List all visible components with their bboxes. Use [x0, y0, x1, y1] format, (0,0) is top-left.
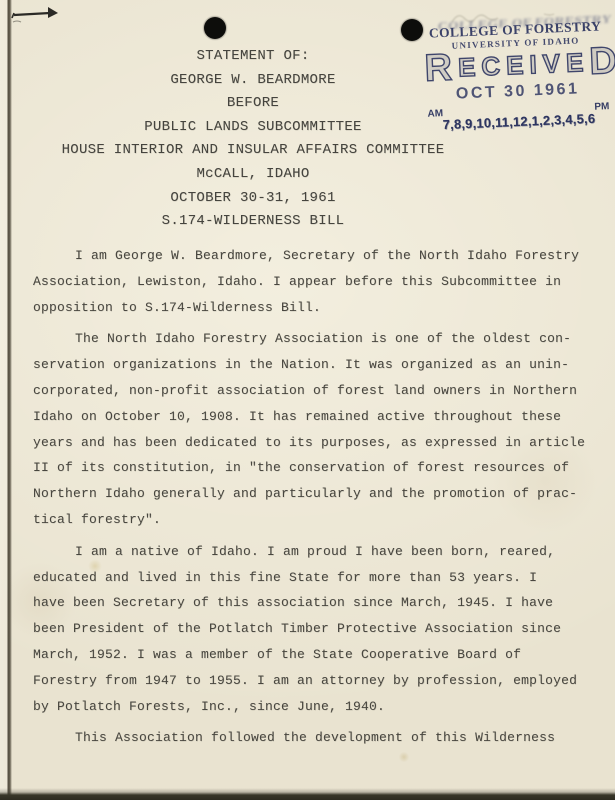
- text-line: Idaho on October 10, 1908. It has remain…: [33, 404, 593, 430]
- title-line: HOUSE INTERIOR AND INSULAR AFFAIRS COMMI…: [33, 139, 473, 163]
- text-line: March, 1952. I was a member of the State…: [33, 642, 593, 668]
- text-line: I am a native of Idaho. I am proud I hav…: [33, 539, 593, 565]
- stamp-received-first-letter: R: [424, 53, 453, 84]
- text-line: I am George W. Beardmore, Secretary of t…: [33, 243, 593, 269]
- document-page: COLLEGE OF FORESTRY COLLEGE OF FORESTRY …: [0, 0, 615, 800]
- text-line: years and has been dedicated to its purp…: [33, 430, 593, 456]
- title-line: BEFORE: [33, 92, 473, 116]
- text-line: Northern Idaho generally and particularl…: [33, 481, 593, 507]
- stamp-received-word: R ECEIVE D: [423, 46, 610, 84]
- paragraph: I am a native of Idaho. I am proud I hav…: [33, 539, 593, 720]
- text-line: educated and lived in this fine State fo…: [33, 565, 593, 591]
- text-line: The North Idaho Forestry Association is …: [33, 326, 593, 352]
- title-line: STATEMENT OF:: [33, 45, 473, 69]
- text-line: II of its constitution, in "the conserva…: [33, 455, 593, 481]
- paragraph: I am George W. Beardmore, Secretary of t…: [33, 243, 593, 320]
- text-line: been President of the Potlatch Timber Pr…: [33, 616, 593, 642]
- stamp-date: OCT 30 1961: [424, 79, 611, 105]
- stamp-am-label: AM: [427, 108, 443, 120]
- paragraph: The North Idaho Forestry Association is …: [33, 326, 593, 532]
- title-block: STATEMENT OF: GEORGE W. BEARDMORE BEFORE…: [33, 45, 473, 234]
- title-line: PUBLIC LANDS SUBCOMMITTEE: [33, 116, 473, 140]
- hole-punch-dot: [401, 19, 423, 41]
- title-line: S.174-WILDERNESS BILL: [33, 210, 473, 234]
- text-line: tical forestry".: [33, 507, 593, 533]
- text-line: opposition to S.174-Wilderness Bill.: [33, 295, 593, 321]
- stamp-pm-label: PM: [594, 101, 609, 113]
- text-line: servation organizations in the Nation. I…: [33, 352, 593, 378]
- statement-body: I am George W. Beardmore, Secretary of t…: [33, 243, 593, 751]
- title-line: OCTOBER 30-31, 1961: [33, 187, 473, 211]
- received-stamp: COLLEGE OF FORESTRY COLLEGE OF FORESTRY …: [422, 18, 612, 133]
- text-line: have been Secretary of this association …: [33, 590, 593, 616]
- text-line: by Potlatch Forests, Inc., since June, 1…: [33, 694, 593, 720]
- title-line: GEORGE W. BEARDMORE: [33, 69, 473, 93]
- text-line: corporated, non-profit association of fo…: [33, 378, 593, 404]
- title-line: McCALL, IDAHO: [33, 163, 473, 187]
- hole-punch-dot: [204, 17, 226, 39]
- text-line: Association, Lewiston, Idaho. I appear b…: [33, 269, 593, 295]
- stamp-received-last-letter: D: [589, 46, 615, 77]
- stamp-received-middle-letters: ECEIVE: [452, 50, 590, 80]
- text-line: This Association followed the developmen…: [33, 725, 593, 751]
- paragraph: This Association followed the developmen…: [33, 725, 593, 751]
- pencil-arrow-mark: [6, 2, 66, 28]
- text-line: Forestry from 1947 to 1955. I am an atto…: [33, 668, 593, 694]
